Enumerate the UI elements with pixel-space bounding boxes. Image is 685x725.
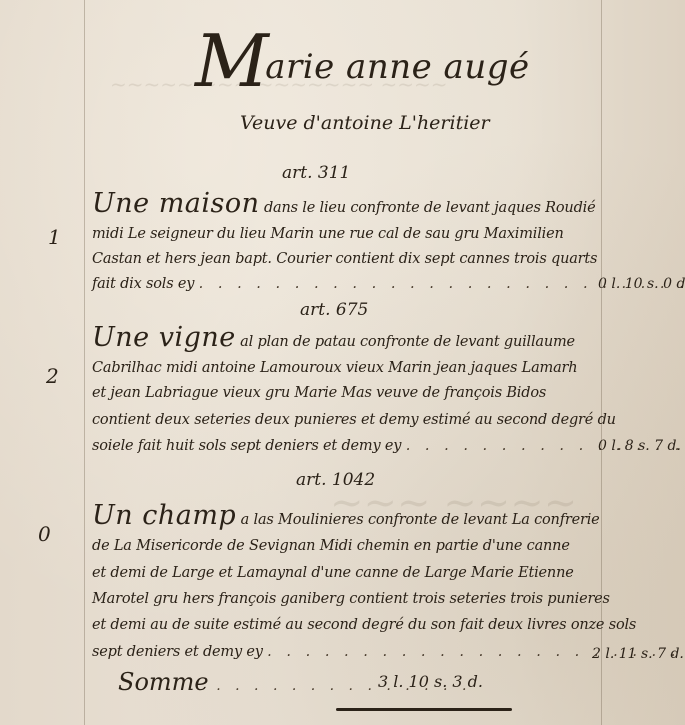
entry-line: Castan et hers jean bapt. Courier contie… xyxy=(92,251,597,267)
left-margin-rule xyxy=(84,0,85,725)
manuscript-page: ~~~~~ ~~~ ~~~~~~~ ~~~~ ~~~ ~~~~ Marie an… xyxy=(0,0,685,725)
entry-line: fait dix sols ey . . . . . . . . . . . .… xyxy=(92,276,685,292)
page-subtitle: Veuve d'antoine L'heritier xyxy=(240,112,490,134)
entry-lead: Une maison xyxy=(92,188,260,219)
margin-number: 0 xyxy=(38,522,51,546)
entry-lead: Une vigne xyxy=(92,322,236,353)
entry-line: Marotel gru hers françois ganiberg conti… xyxy=(92,591,610,607)
entry-line: soiele fait huit sols sept deniers et de… xyxy=(92,438,685,454)
entry-line: et jean Labriague vieux gru Marie Mas ve… xyxy=(92,385,546,401)
title-name: arie anne augé xyxy=(265,47,529,87)
entry-amount: 0 l. 10 s. 0 d. xyxy=(598,276,685,292)
page-title: Marie anne augé xyxy=(195,25,530,97)
margin-number: 1 xyxy=(48,225,61,249)
article-number: art. 675 xyxy=(300,300,368,320)
entry-line: midi Le seigneur du lieu Marin une rue c… xyxy=(92,226,564,242)
total-underline xyxy=(336,708,512,711)
entry-amount: 2 l. 11 s. 7 d. 1/2 xyxy=(592,646,685,662)
margin-number: 2 xyxy=(46,364,59,388)
entry-line: Un champ a las Moulinieres confronte de … xyxy=(92,500,600,531)
entry-line: et demi de Large et Lamaynal d'une canne… xyxy=(92,565,574,581)
total-amount: 3 l. 10 s. 3 d. xyxy=(378,672,483,691)
article-number: art. 1042 xyxy=(296,470,375,490)
entry-amount: 0 l. 8 s. 7 d. 1/2 xyxy=(598,438,685,454)
entry-line: Une maison dans le lieu confronte de lev… xyxy=(92,188,595,219)
entry-line: Cabrilhac midi antoine Lamouroux vieux M… xyxy=(92,360,577,376)
article-number: art. 311 xyxy=(282,163,350,183)
entry-lead: Un champ xyxy=(92,500,236,531)
entry-line: contient deux seteries deux punieres et … xyxy=(92,412,616,428)
title-initial: M xyxy=(195,19,269,103)
entry-line: et demi au de suite estimé au second deg… xyxy=(92,617,636,633)
entry-line: de La Misericorde de Sevignan Midi chemi… xyxy=(92,538,570,554)
entry-line: Une vigne al plan de patau confronte de … xyxy=(92,322,575,353)
